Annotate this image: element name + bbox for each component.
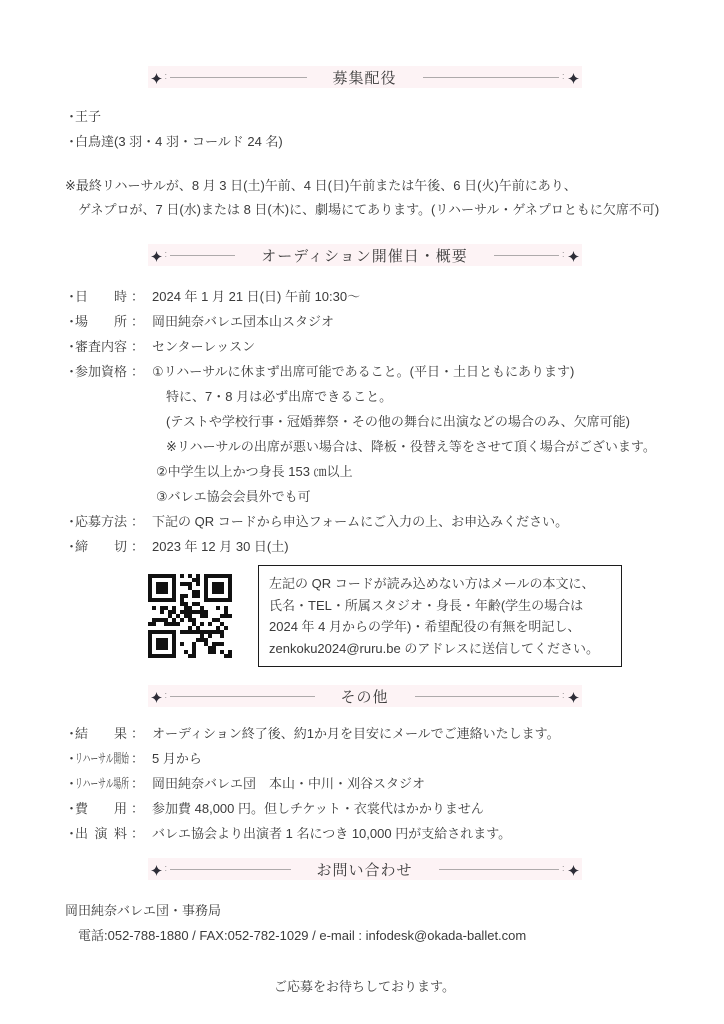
tick-mark: : [162,249,171,259]
diamond-icon [568,864,579,875]
casting-item-label: 白鳥達(3 羽・4 羽・コールド 24 名) [75,129,283,154]
document-page: : 募集配役 : ・ 王子 ・ 白鳥達(3 羽・4 羽・コールド 24 名) ※… [0,0,724,1024]
rehearsal-note: ※最終リハーサルが、8 月 3 日(土)午前、4 日(日)午前または午後、6 日… [65,174,664,222]
detail-row-screening: ・ 審査内容 ： センターレッスン [65,334,664,359]
qualification-line-2: 特に、7・8 月は必ず出席できること。 [152,384,664,409]
qualification-line-1: ①リハーサルに休まず出席可能であること。(平日・土日ともにあります) [152,359,664,384]
bullet: ・ [65,509,75,534]
tick-mark: : [559,690,568,700]
casting-item-swans: ・ 白鳥達(3 羽・4 羽・コールド 24 名) [65,129,664,154]
contact-org: 岡田純奈バレエ団・事務局 [65,898,664,923]
colon: ： [131,509,144,534]
row-value-performance-pay: バレエ協会より出演者 1 名につき 10,000 円が支給されます。 [152,821,664,846]
row-label-deadline: 締切 [75,534,127,559]
bullet: ・ [65,129,75,154]
casting-item-label: 王子 [75,104,101,129]
row-value-screening: センターレッスン [152,334,664,359]
section-title-audition: オーディション開催日・概要 [235,245,494,266]
qr-note-line-4: zenkoku2024@ruru.be のアドレスに送信してください。 [269,638,611,660]
detail-row-qualifications: ・ 参加資格 ： ①リハーサルに休まず出席可能であること。(平日・土日ともにあり… [65,359,664,509]
header-line [170,869,290,870]
qr-section: 左記の QR コードが読み込めない方はメールの本文に、 氏名・TEL・所属スタジ… [148,565,664,667]
detail-row-rehearsal-place: ・ リハーサル場所 ： 岡田純奈バレエ団 本山・中川・刈谷スタジオ [65,771,664,796]
qualification-line-6: ③バレエ協会会員外でも可 [152,484,664,509]
bullet: ・ [65,334,75,359]
bullet: ・ [65,721,75,746]
detail-row-performance-pay: ・ 出演料 ： バレエ協会より出演者 1 名につき 10,000 円が支給されま… [65,821,664,846]
diamond-icon [568,691,579,702]
header-line [170,77,306,78]
colon: ： [131,359,144,384]
diamond-icon [151,250,162,261]
diamond-icon [151,864,162,875]
contact-info: 電話:052-788-1880 / FAX:052-782-1029 / e-m… [65,923,664,948]
header-line [170,255,235,256]
colon: ： [131,334,144,359]
row-value-place: 岡田純奈バレエ団本山スタジオ [152,309,664,334]
section-title-other: その他 [315,686,415,707]
row-label-fee: 費用 [75,796,127,821]
bullet: ・ [65,104,75,129]
qr-fallback-note: 左記の QR コードが読み込めない方はメールの本文に、 氏名・TEL・所属スタジ… [258,565,622,667]
bullet: ・ [65,309,75,334]
row-label-rehearsal-place: リハーサル場所 [75,771,127,796]
row-label-screening: 審査内容 [75,334,127,359]
bullet: ・ [65,284,75,309]
tick-mark: : [559,863,568,873]
row-value-rehearsal-start: 5 月から [152,746,664,771]
rehearsal-note-line2: ゲネプロが、7 日(水)または 8 日(木)に、劇場にてあります。(リハーサル・… [65,198,664,222]
row-label-application: 応募方法 [75,509,127,534]
section-header-other: : その他 : [148,685,582,707]
bullet: ・ [65,359,75,384]
casting-list: ・ 王子 ・ 白鳥達(3 羽・4 羽・コールド 24 名) [65,104,664,154]
bullet: ・ [65,771,75,796]
tick-mark: : [559,249,568,259]
section-header-casting: : 募集配役 : [148,66,582,88]
tick-mark: : [559,71,568,81]
qualification-line-5: ②中学生以上かつ身長 153 ㎝以上 [152,459,664,484]
row-label-result: 結果 [75,721,127,746]
header-line [170,696,314,697]
row-value-rehearsal-place: 岡田純奈バレエ団 本山・中川・刈谷スタジオ [152,771,664,796]
detail-row-fee: ・ 費用 ： 参加費 48,000 円。但しチケット・衣裳代はかかりません [65,796,664,821]
diamond-icon [568,250,579,261]
other-details: ・ 結果 ： オーディション終了後、約1か月を目安にメールでご連絡いたします。 … [65,721,664,846]
qr-code [148,574,232,658]
row-value-datetime: 2024 年 1 月 21 日(日) 午前 10:30～ [152,284,664,309]
detail-row-datetime: ・ 日時 ： 2024 年 1 月 21 日(日) 午前 10:30～ [65,284,664,309]
tick-mark: : [162,863,171,873]
row-value-application: 下記の QR コードから申込フォームにご入力の上、お申込みください。 [152,509,664,534]
row-value-result: オーディション終了後、約1か月を目安にメールでご連絡いたします。 [152,721,664,746]
detail-row-result: ・ 結果 ： オーディション終了後、約1か月を目安にメールでご連絡いたします。 [65,721,664,746]
detail-row-rehearsal-start: ・ リハーサル開始 ： 5 月から [65,746,664,771]
bullet: ・ [65,796,75,821]
qr-note-line-1: 左記の QR コードが読み込めない方はメールの本文に、 [269,573,611,595]
bullet: ・ [65,534,75,559]
colon: ： [131,821,144,846]
section-title-contact: お問い合わせ [291,859,439,880]
diamond-icon [151,691,162,702]
row-label-qualifications: 参加資格 [75,359,127,384]
diamond-icon [151,72,162,83]
tick-mark: : [162,71,171,81]
colon: ： [131,309,144,334]
section-header-contact: : お問い合わせ : [148,858,582,880]
colon: ： [131,284,144,309]
detail-row-place: ・ 場所 ： 岡田純奈バレエ団本山スタジオ [65,309,664,334]
colon: ： [131,534,144,559]
colon: ： [131,796,144,821]
row-value-fee: 参加費 48,000 円。但しチケット・衣裳代はかかりません [152,796,664,821]
qualification-lines: ①リハーサルに休まず出席可能であること。(平日・土日ともにあります) 特に、7・… [152,359,664,509]
bullet: ・ [65,821,75,846]
qr-note-line-2: 氏名・TEL・所属スタジオ・身長・年齢(学生の場合は [269,595,611,617]
section-title-casting: 募集配役 [307,67,423,88]
diamond-icon [568,72,579,83]
closing-message: ご応募をお待ちしております。 [65,976,664,995]
row-label-performance-pay: 出演料 [75,821,127,846]
row-label-datetime: 日時 [75,284,127,309]
header-line [494,255,559,256]
colon: ： [131,721,144,746]
colon: ： [131,771,144,796]
section-header-audition: : オーディション開催日・概要 : [148,244,582,266]
colon: ： [131,746,144,771]
detail-row-application: ・ 応募方法 ： 下記の QR コードから申込フォームにご入力の上、お申込みくだ… [65,509,664,534]
bullet: ・ [65,746,75,771]
header-line [423,77,559,78]
tick-mark: : [162,690,171,700]
qr-note-line-3: 2024 年 4 月からの学年)・希望配役の有無を明記し、 [269,616,611,638]
header-line [415,696,559,697]
row-label-place: 場所 [75,309,127,334]
qualification-line-4: ※リハーサルの出席が悪い場合は、降板・役替え等をさせて頂く場合がございます。 [152,434,664,459]
casting-item-prince: ・ 王子 [65,104,664,129]
row-label-rehearsal-start: リハーサル開始 [75,746,127,771]
rehearsal-note-line1: ※最終リハーサルが、8 月 3 日(土)午前、4 日(日)午前または午後、6 日… [65,174,664,198]
row-value-deadline: 2023 年 12 月 30 日(土) [152,534,664,559]
detail-row-deadline: ・ 締切 ： 2023 年 12 月 30 日(土) [65,534,664,559]
audition-details: ・ 日時 ： 2024 年 1 月 21 日(日) 午前 10:30～ ・ 場所… [65,284,664,559]
contact-block: 岡田純奈バレエ団・事務局 電話:052-788-1880 / FAX:052-7… [65,898,664,948]
qualification-line-3: (テストや学校行事・冠婚葬祭・その他の舞台に出演などの場合のみ、欠席可能) [152,409,664,434]
header-line [439,869,559,870]
